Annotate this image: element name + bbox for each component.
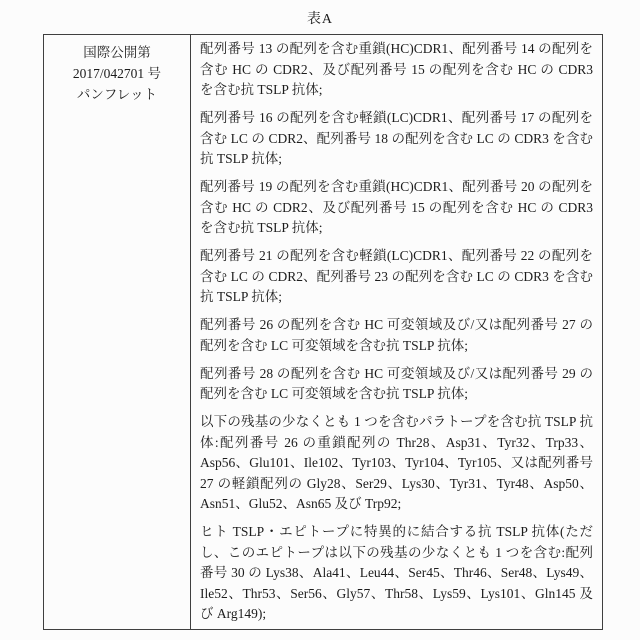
claim-paragraph-6: 配列番号 28 の配列を含む HC 可変領域及び/又は配列番号 29 の配列を含… bbox=[200, 364, 593, 405]
claim-paragraph-4: 配列番号 21 の配列を含む軽鎖(LC)CDR1、配列番号 22 の配列を含む … bbox=[200, 246, 593, 308]
claim-paragraph-2: 配列番号 16 の配列を含む軽鎖(LC)CDR1、配列番号 17 の配列を含む … bbox=[200, 108, 593, 170]
table-row: 国際公開第 2017/042701 号 パンフレット 配列番号 13 の配列を含… bbox=[44, 35, 603, 630]
claim-paragraph-5: 配列番号 26 の配列を含む HC 可変領域及び/又は配列番号 27 の配列を含… bbox=[200, 315, 593, 356]
reference-line-1: 国際公開第 bbox=[44, 42, 190, 63]
table-caption: 表A bbox=[0, 8, 640, 28]
reference-line-3: パンフレット bbox=[44, 84, 190, 105]
claim-paragraph-3: 配列番号 19 の配列を含む重鎖(HC)CDR1、配列番号 20 の配列を含む … bbox=[200, 177, 593, 239]
claim-paragraph-7: 以下の残基の少なくとも 1 つを含むパラトープを含む抗 TSLP 抗体:配列番号… bbox=[200, 412, 593, 515]
claims-cell: 配列番号 13 の配列を含む重鎖(HC)CDR1、配列番号 14 の配列を含む … bbox=[191, 35, 603, 630]
claim-paragraph-8: ヒト TSLP・エピトープに特異的に結合する抗 TSLP 抗体(ただし、このエピ… bbox=[200, 522, 593, 625]
reference-cell: 国際公開第 2017/042701 号 パンフレット bbox=[44, 35, 191, 630]
reference-line-2: 2017/042701 号 bbox=[44, 63, 190, 84]
patent-table: 国際公開第 2017/042701 号 パンフレット 配列番号 13 の配列を含… bbox=[43, 34, 603, 630]
claim-paragraph-1: 配列番号 13 の配列を含む重鎖(HC)CDR1、配列番号 14 の配列を含む … bbox=[200, 39, 593, 101]
